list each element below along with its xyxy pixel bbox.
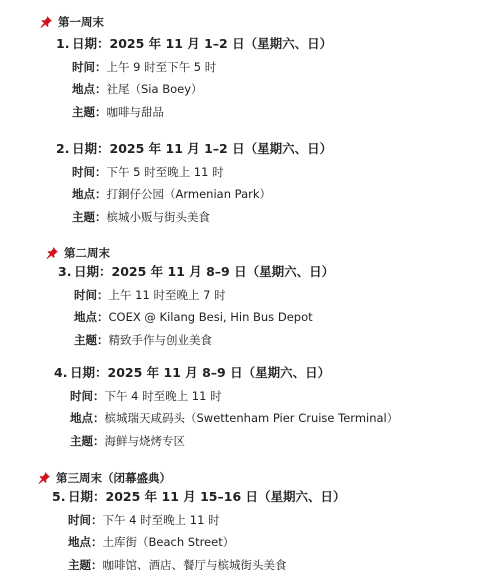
location-line: 地点：打銅仔公园（Armenian Park） [56,183,332,206]
theme-value: 咖啡与甜品 [107,105,165,119]
location-value: 打銅仔公园（Armenian Park） [107,187,272,201]
date-label: 日期： [72,141,110,156]
section-title: 第三周末（闭幕盛典） [56,470,171,486]
time-label: 时间： [72,60,107,74]
location-line: 地点：槟城瑞天咸码头（Swettenham Pier Cruise Termin… [54,407,398,430]
section-title: 第二周末 [64,245,110,261]
date-value: 2025 年 11 月 1–2 日（星期六、日） [110,36,333,51]
pushpin-icon [38,472,50,484]
time-value: 下午 5 时至晚上 11 时 [107,165,224,179]
theme-label: 主题： [72,105,107,119]
entry-number: 4. [54,362,70,385]
event-entry-2: 2.日期：2025 年 11 月 1–2 日（星期六、日） 时间：下午 5 时至… [56,138,332,228]
section-header-week-2: 第二周末 [46,245,110,261]
location-value: COEX @ Kilang Besi, Hin Bus Depot [109,310,313,324]
event-entry-3: 3.日期：2025 年 11 月 8–9 日（星期六、日） 时间：上午 11 时… [58,261,334,351]
time-line: 时间：下午 5 时至晚上 11 时 [56,161,332,184]
time-label: 时间： [70,389,105,403]
event-entry-4: 4.日期：2025 年 11 月 8–9 日（星期六、日） 时间：下午 4 时至… [54,362,398,452]
date-label: 日期： [70,365,108,380]
time-line: 时间：下午 4 时至晚上 11 时 [54,385,398,408]
location-line: 地点：COEX @ Kilang Besi, Hin Bus Depot [58,306,334,329]
time-label: 时间： [72,165,107,179]
theme-line: 主题：咖啡馆、酒店、餐厅与槟城街头美食 [52,554,346,570]
date-line: 1.日期：2025 年 11 月 1–2 日（星期六、日） [56,33,332,56]
entry-number: 2. [56,138,72,161]
location-line: 地点：社尾（Sia Boey） [56,78,332,101]
theme-line: 主题：槟城小贩与街头美食 [56,206,332,229]
time-line: 时间：上午 11 时至晚上 7 时 [58,284,334,307]
time-label: 时间： [68,513,103,527]
entry-number: 1. [56,33,72,56]
time-label: 时间： [74,288,109,302]
time-line: 时间：上午 9 时至下午 5 时 [56,56,332,79]
theme-value: 咖啡馆、酒店、餐厅与槟城街头美食 [103,558,287,570]
date-label: 日期： [74,264,112,279]
theme-line: 主题：咖啡与甜品 [56,101,332,124]
time-value: 下午 4 时至晚上 11 时 [105,389,222,403]
entry-number: 3. [58,261,74,284]
pushpin-icon [46,247,58,259]
theme-value: 海鲜与烧烤专区 [105,434,186,448]
theme-line: 主题：海鲜与烧烤专区 [54,430,398,453]
event-entry-5: 5.日期：2025 年 11 月 15–16 日（星期六、日） 时间：下午 4 … [52,486,346,570]
date-value: 2025 年 11 月 15–16 日（星期六、日） [106,489,346,504]
theme-label: 主题： [74,333,109,347]
section-header-week-1: 第一周末 [40,14,104,30]
location-value: 槟城瑞天咸码头（Swettenham Pier Cruise Terminal） [105,411,399,425]
date-line: 4.日期：2025 年 11 月 8–9 日（星期六、日） [54,362,398,385]
location-label: 地点： [74,310,109,324]
time-value: 上午 9 时至下午 5 时 [107,60,217,74]
time-line: 时间：下午 4 时至晚上 11 时 [52,509,346,532]
entry-number: 5. [52,486,68,509]
section-header-week-3: 第三周末（闭幕盛典） [38,470,171,486]
theme-value: 槟城小贩与街头美食 [107,210,211,224]
location-label: 地点： [72,187,107,201]
date-label: 日期： [72,36,110,51]
time-value: 下午 4 时至晚上 11 时 [103,513,220,527]
theme-value: 精致手作与创业美食 [109,333,213,347]
theme-line: 主题：精致手作与创业美食 [58,329,334,352]
date-line: 2.日期：2025 年 11 月 1–2 日（星期六、日） [56,138,332,161]
location-label: 地点： [68,535,103,549]
date-label: 日期： [68,489,106,504]
theme-label: 主题： [72,210,107,224]
location-label: 地点： [72,82,107,96]
date-line: 5.日期：2025 年 11 月 15–16 日（星期六、日） [52,486,346,509]
time-value: 上午 11 时至晚上 7 时 [109,288,226,302]
date-value: 2025 年 11 月 1–2 日（星期六、日） [110,141,333,156]
date-value: 2025 年 11 月 8–9 日（星期六、日） [112,264,335,279]
event-schedule-document: 第一周末 1.日期：2025 年 11 月 1–2 日（星期六、日） 时间：上午… [0,0,500,570]
location-value: 社尾（Sia Boey） [107,82,203,96]
location-line: 地点：土库街（Beach Street） [52,531,346,554]
event-entry-1: 1.日期：2025 年 11 月 1–2 日（星期六、日） 时间：上午 9 时至… [56,33,332,123]
date-line: 3.日期：2025 年 11 月 8–9 日（星期六、日） [58,261,334,284]
section-title: 第一周末 [58,14,104,30]
date-value: 2025 年 11 月 8–9 日（星期六、日） [108,365,331,380]
location-value: 土库街（Beach Street） [103,535,235,549]
theme-label: 主题： [70,434,105,448]
theme-label: 主题： [68,558,103,570]
location-label: 地点： [70,411,105,425]
pushpin-icon [40,16,52,28]
